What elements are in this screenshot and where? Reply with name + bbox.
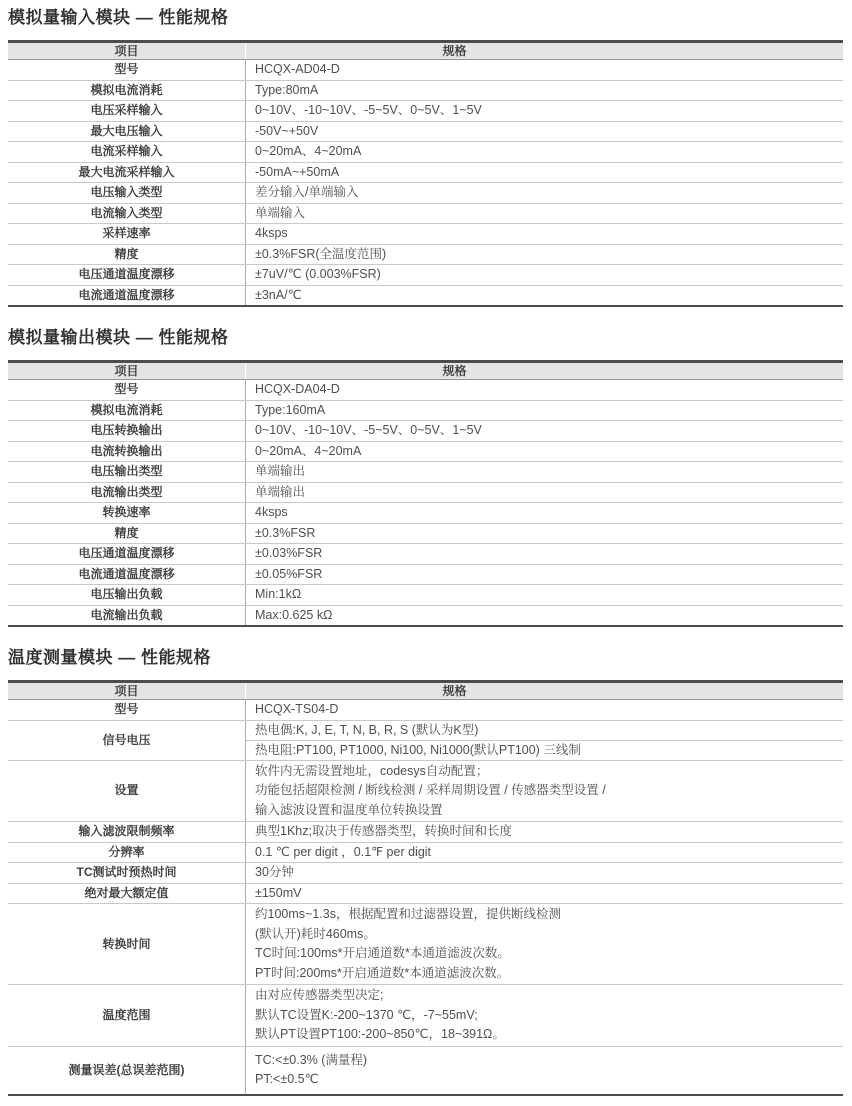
row-label: 电压转换输出 [8, 421, 245, 441]
row-label: 转换速率 [8, 503, 245, 523]
row-label: 电压通道温度漂移 [8, 265, 245, 285]
section-title-temperature-measure: 温度测量模块 — 性能规格 [8, 648, 843, 667]
row-value-line: ±7uV/℃ (0.003%FSR) [246, 265, 843, 285]
table-body: 型号HCQX-TS04-D信号电压热电偶:K, J, E, T, N, B, R… [8, 700, 843, 1094]
row-value: 0~10V、-10~10V、-5~5V、0~5V、1~5V [245, 421, 843, 441]
temperature-spec-table: 项目 规格 型号HCQX-TS04-D信号电压热电偶:K, J, E, T, N… [8, 680, 843, 1096]
row-label: 信号电压 [8, 721, 245, 760]
row-label: 电流通道温度漂移 [8, 565, 245, 585]
table-row: 信号电压热电偶:K, J, E, T, N, B, R, S (默认为K型)热电… [8, 720, 843, 760]
row-value-line: 0~10V、-10~10V、-5~5V、0~5V、1~5V [246, 421, 843, 441]
row-label: 设置 [8, 761, 245, 822]
table-body: 型号HCQX-AD04-D模拟电流消耗Type:80mA电压采样输入0~10V、… [8, 60, 843, 305]
row-label: 电压通道温度漂移 [8, 544, 245, 564]
row-label: 型号 [8, 700, 245, 720]
row-value-line: Max:0.625 kΩ [246, 606, 843, 626]
row-value-line: ±150mV [246, 884, 843, 904]
row-label: 精度 [8, 524, 245, 544]
row-value: HCQX-TS04-D [245, 700, 843, 720]
row-value: 4ksps [245, 503, 843, 523]
row-value: Type:80mA [245, 81, 843, 101]
table-body: 型号HCQX-DA04-D模拟电流消耗Type:160mA电压转换输出0~10V… [8, 380, 843, 625]
table-header-row: 项目 规格 [8, 43, 843, 60]
row-value-line: 0~10V、-10~10V、-5~5V、0~5V、1~5V [246, 101, 843, 121]
row-label: 电流输入类型 [8, 204, 245, 224]
table-row: 分辨率0.1 ℃ per digit ，0.1℉ per digit [8, 842, 843, 863]
table-row: 电压通道温度漂移±7uV/℃ (0.003%FSR) [8, 264, 843, 285]
row-value-line: Type:80mA [246, 81, 843, 101]
row-value: ±0.05%FSR [245, 565, 843, 585]
spec-sheet-page: 模拟量输入模块 — 性能规格 项目 规格 型号HCQX-AD04-D模拟电流消耗… [0, 0, 852, 1106]
row-value: 30分钟 [245, 863, 843, 883]
row-value-line: (默认开)耗时460ms。 [246, 925, 843, 945]
row-label: 采样速率 [8, 224, 245, 244]
row-value-line: -50V~+50V [246, 122, 843, 142]
table-row: 转换速率4ksps [8, 502, 843, 523]
table-row: 电压采样输入0~10V、-10~10V、-5~5V、0~5V、1~5V [8, 100, 843, 121]
row-label: 测量误差(总误差范围) [8, 1047, 245, 1094]
row-value-line: 30分钟 [246, 863, 843, 883]
row-value-line: PT:<±0.5℃ [246, 1070, 843, 1090]
row-value-line: PT时间:200ms*开启通道数*本通道滤波次数。 [246, 964, 843, 984]
row-value: 软件内无需设置地址，codesys自动配置；功能包括超限检测 / 断线检测 / … [245, 761, 843, 822]
row-value-line: 0.1 ℃ per digit ，0.1℉ per digit [246, 843, 843, 863]
row-value: ±0.03%FSR [245, 544, 843, 564]
row-label: 转换时间 [8, 904, 245, 984]
table-row: 型号HCQX-TS04-D [8, 700, 843, 720]
row-label: 绝对最大额定值 [8, 884, 245, 904]
row-subvalue: 热电阻:PT100, PT1000, Ni100, Ni1000(默认PT100… [246, 740, 843, 760]
row-value-line: 单端输出 [246, 483, 843, 503]
row-value-line: HCQX-AD04-D [246, 60, 843, 80]
row-label: 最大电流采样输入 [8, 163, 245, 183]
row-value: ±0.3%FSR [245, 524, 843, 544]
row-value: 热电偶:K, J, E, T, N, B, R, S (默认为K型)热电阻:PT… [245, 721, 843, 760]
row-value: ±7uV/℃ (0.003%FSR) [245, 265, 843, 285]
row-value-line: 4ksps [246, 224, 843, 244]
row-value-line: HCQX-TS04-D [246, 700, 843, 720]
table-row: 温度范围由对应传感器类型决定;默认TC设置K:-200~1370 ℃，-7~55… [8, 984, 843, 1046]
row-value-line: 功能包括超限检测 / 断线检测 / 采样周期设置 / 传感器类型设置 / [246, 781, 843, 801]
row-value-line: 4ksps [246, 503, 843, 523]
row-value-line: 由对应传感器类型决定; [246, 986, 843, 1006]
row-subvalue: 热电偶:K, J, E, T, N, B, R, S (默认为K型) [246, 721, 843, 740]
row-label: 型号 [8, 60, 245, 80]
row-value-line: 单端输入 [246, 204, 843, 224]
table-row: 电流通道温度漂移±3nA/℃ [8, 285, 843, 306]
section-analog-output: 模拟量输出模块 — 性能规格 项目 规格 型号HCQX-DA04-D模拟电流消耗… [8, 328, 843, 627]
row-value: 单端输入 [245, 204, 843, 224]
row-label: 输入滤波限制频率 [8, 822, 245, 842]
row-value-line: 输入滤波设置和温度单位转换设置 [246, 801, 843, 821]
row-label: 温度范围 [8, 985, 245, 1046]
row-value-line: 差分输入/单端输入 [246, 183, 843, 203]
table-row: 电压转换输出0~10V、-10~10V、-5~5V、0~5V、1~5V [8, 420, 843, 441]
table-row: 电压输入类型差分输入/单端输入 [8, 182, 843, 203]
row-value-line: HCQX-DA04-D [246, 380, 843, 400]
row-value-line: 软件内无需设置地址，codesys自动配置； [246, 762, 843, 782]
row-value-line: 默认PT设置PT100:-200~850℃，18~391Ω。 [246, 1025, 843, 1045]
row-value: ±0.3%FSR(全温度范围) [245, 245, 843, 265]
row-value-line: 典型1Khz;取决于传感器类型，转换时间和长度 [246, 822, 843, 842]
section-title-analog-input: 模拟量输入模块 — 性能规格 [8, 8, 843, 27]
table-row: 型号HCQX-AD04-D [8, 60, 843, 80]
row-value-line: Min:1kΩ [246, 585, 843, 605]
analog-input-spec-table: 项目 规格 型号HCQX-AD04-D模拟电流消耗Type:80mA电压采样输入… [8, 40, 843, 307]
row-label: 电压输入类型 [8, 183, 245, 203]
row-value-line: ±0.3%FSR [246, 524, 843, 544]
row-value: 由对应传感器类型决定;默认TC设置K:-200~1370 ℃，-7~55mV;默… [245, 985, 843, 1046]
table-row: 最大电压输入-50V~+50V [8, 121, 843, 142]
row-value: 典型1Khz;取决于传感器类型，转换时间和长度 [245, 822, 843, 842]
row-value-line: -50mA~+50mA [246, 163, 843, 183]
table-row: 模拟电流消耗Type:80mA [8, 80, 843, 101]
row-label: 精度 [8, 245, 245, 265]
row-label: 电流输出负载 [8, 606, 245, 626]
row-label: 电压输出类型 [8, 462, 245, 482]
table-row: 精度±0.3%FSR [8, 523, 843, 544]
row-value: 单端输出 [245, 462, 843, 482]
table-row: 电流输入类型单端输入 [8, 203, 843, 224]
row-value-line: Type:160mA [246, 401, 843, 421]
row-value-line: 0~20mA、4~20mA [246, 442, 843, 462]
table-row: 电流通道温度漂移±0.05%FSR [8, 564, 843, 585]
row-label: 模拟电流消耗 [8, 81, 245, 101]
row-label: 电压输出负载 [8, 585, 245, 605]
table-row: 模拟电流消耗Type:160mA [8, 400, 843, 421]
table-row: 采样速率4ksps [8, 223, 843, 244]
row-value: -50mA~+50mA [245, 163, 843, 183]
row-label: 电流采样输入 [8, 142, 245, 162]
row-value-line: 默认TC设置K:-200~1370 ℃，-7~55mV; [246, 1006, 843, 1026]
row-value: HCQX-AD04-D [245, 60, 843, 80]
row-value-line: TC时间:100ms*开启通道数*本通道滤波次数。 [246, 944, 843, 964]
table-row: TC测试时预热时间30分钟 [8, 862, 843, 883]
row-value: Type:160mA [245, 401, 843, 421]
row-label: TC测试时预热时间 [8, 863, 245, 883]
row-label: 最大电压输入 [8, 122, 245, 142]
table-header-row: 项目 规格 [8, 363, 843, 380]
row-value: Max:0.625 kΩ [245, 606, 843, 626]
table-row: 绝对最大额定值±150mV [8, 883, 843, 904]
row-value: 0.1 ℃ per digit ，0.1℉ per digit [245, 843, 843, 863]
row-value-line: 单端输出 [246, 462, 843, 482]
row-value: HCQX-DA04-D [245, 380, 843, 400]
row-label: 电压采样输入 [8, 101, 245, 121]
row-value: 4ksps [245, 224, 843, 244]
table-row: 设置软件内无需设置地址，codesys自动配置；功能包括超限检测 / 断线检测 … [8, 760, 843, 822]
column-header-spec: 规格 [245, 363, 843, 379]
table-row: 电流采样输入0~20mA、4~20mA [8, 141, 843, 162]
row-label: 电流转换输出 [8, 442, 245, 462]
row-value: 约100ms~1.3s，根据配置和过滤器设置，提供断线检测(默认开)耗时460m… [245, 904, 843, 984]
row-value: Min:1kΩ [245, 585, 843, 605]
row-value: 单端输出 [245, 483, 843, 503]
row-value: 0~20mA、4~20mA [245, 442, 843, 462]
table-row: 输入滤波限制频率典型1Khz;取决于传感器类型，转换时间和长度 [8, 821, 843, 842]
analog-output-spec-table: 项目 规格 型号HCQX-DA04-D模拟电流消耗Type:160mA电压转换输… [8, 360, 843, 627]
row-label: 分辨率 [8, 843, 245, 863]
table-row: 电流转换输出0~20mA、4~20mA [8, 441, 843, 462]
row-value-line: 0~20mA、4~20mA [246, 142, 843, 162]
row-value: -50V~+50V [245, 122, 843, 142]
table-row: 电流输出类型单端输出 [8, 482, 843, 503]
row-label: 模拟电流消耗 [8, 401, 245, 421]
table-header-row: 项目 规格 [8, 683, 843, 700]
table-row: 电流输出负载Max:0.625 kΩ [8, 605, 843, 626]
table-row: 精度±0.3%FSR(全温度范围) [8, 244, 843, 265]
table-row: 型号HCQX-DA04-D [8, 380, 843, 400]
row-label: 电流输出类型 [8, 483, 245, 503]
section-title-analog-output: 模拟量输出模块 — 性能规格 [8, 328, 843, 347]
section-temperature-measure: 温度测量模块 — 性能规格 项目 规格 型号HCQX-TS04-D信号电压热电偶… [8, 648, 843, 1096]
row-value: 0~20mA、4~20mA [245, 142, 843, 162]
column-header-item: 项目 [8, 683, 245, 699]
column-header-item: 项目 [8, 43, 245, 59]
table-row: 测量误差(总误差范围)TC:<±0.3% (满量程)PT:<±0.5℃ [8, 1046, 843, 1094]
row-value: 0~10V、-10~10V、-5~5V、0~5V、1~5V [245, 101, 843, 121]
row-value: TC:<±0.3% (满量程)PT:<±0.5℃ [245, 1047, 843, 1094]
table-row: 最大电流采样输入-50mA~+50mA [8, 162, 843, 183]
row-value-line: ±0.05%FSR [246, 565, 843, 585]
row-value-line: ±0.3%FSR(全温度范围) [246, 245, 843, 265]
section-analog-input: 模拟量输入模块 — 性能规格 项目 规格 型号HCQX-AD04-D模拟电流消耗… [8, 8, 843, 307]
column-header-spec: 规格 [245, 683, 843, 699]
table-row: 电压通道温度漂移±0.03%FSR [8, 543, 843, 564]
column-header-spec: 规格 [245, 43, 843, 59]
row-label: 型号 [8, 380, 245, 400]
row-value-line: 约100ms~1.3s，根据配置和过滤器设置，提供断线检测 [246, 905, 843, 925]
table-row: 电压输出负载Min:1kΩ [8, 584, 843, 605]
row-value-line: ±3nA/℃ [246, 286, 843, 306]
row-value: ±3nA/℃ [245, 286, 843, 306]
row-label: 电流通道温度漂移 [8, 286, 245, 306]
table-row: 转换时间约100ms~1.3s，根据配置和过滤器设置，提供断线检测(默认开)耗时… [8, 903, 843, 984]
row-value-line: ±0.03%FSR [246, 544, 843, 564]
row-value: 差分输入/单端输入 [245, 183, 843, 203]
row-value: ±150mV [245, 884, 843, 904]
row-value-line: TC:<±0.3% (满量程) [246, 1051, 843, 1071]
column-header-item: 项目 [8, 363, 245, 379]
table-row: 电压输出类型单端输出 [8, 461, 843, 482]
